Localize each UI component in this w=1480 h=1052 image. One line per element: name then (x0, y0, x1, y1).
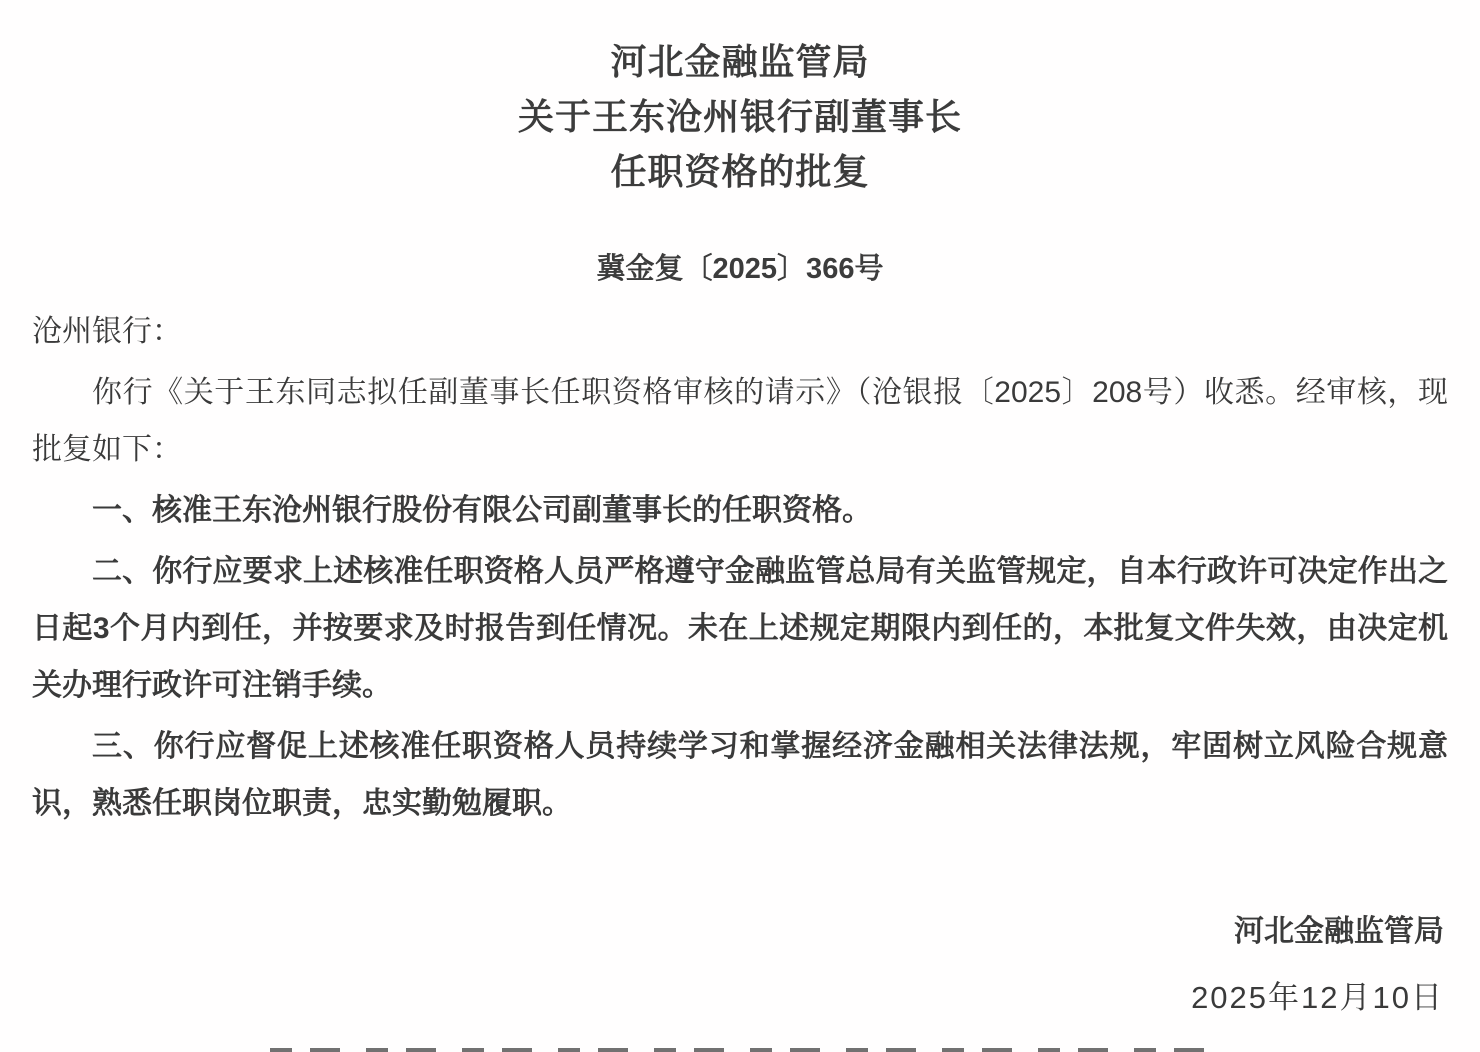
page-title-line-3: 任职资格的批复 (0, 144, 1480, 199)
intro-paragraph: 你行《关于王东同志拟任副董事长任职资格审核的请示》（沧银报〔2025〕208号）… (32, 364, 1448, 478)
signature-date: 2025年12月10日 (1191, 978, 1444, 1018)
signature-block: 河北金融监管局 2025年12月10日 (1191, 912, 1444, 1018)
page-title-line-2: 关于王东沧州银行副董事长 (0, 89, 1480, 144)
page-title-line-1: 河北金融监管局 (0, 34, 1480, 89)
approval-item-3: 三、你行应督促上述核准任职资格人员持续学习和掌握经济金融相关法律法规，牢固树立风… (32, 718, 1448, 832)
approval-item-2: 二、你行应要求上述核准任职资格人员严格遵守金融监管总局有关监管规定，自本行政许可… (32, 543, 1448, 714)
document-body: 沧州银行： 你行《关于王东同志拟任副董事长任职资格审核的请示》（沧银报〔2025… (0, 303, 1480, 832)
document-header: 河北金融监管局 关于王东沧州银行副董事长 任职资格的批复 (0, 0, 1480, 199)
salutation: 沧州银行： (32, 303, 1448, 360)
document-page: 河北金融监管局 关于王东沧州银行副董事长 任职资格的批复 冀金复〔2025〕36… (0, 0, 1480, 1052)
truncated-next-line (270, 1048, 1215, 1052)
approval-item-1: 一、核准王东沧州银行股份有限公司副董事长的任职资格。 (32, 482, 1448, 539)
signature-name: 河北金融监管局 (1191, 912, 1444, 952)
document-number: 冀金复〔2025〕366号 (0, 246, 1480, 287)
